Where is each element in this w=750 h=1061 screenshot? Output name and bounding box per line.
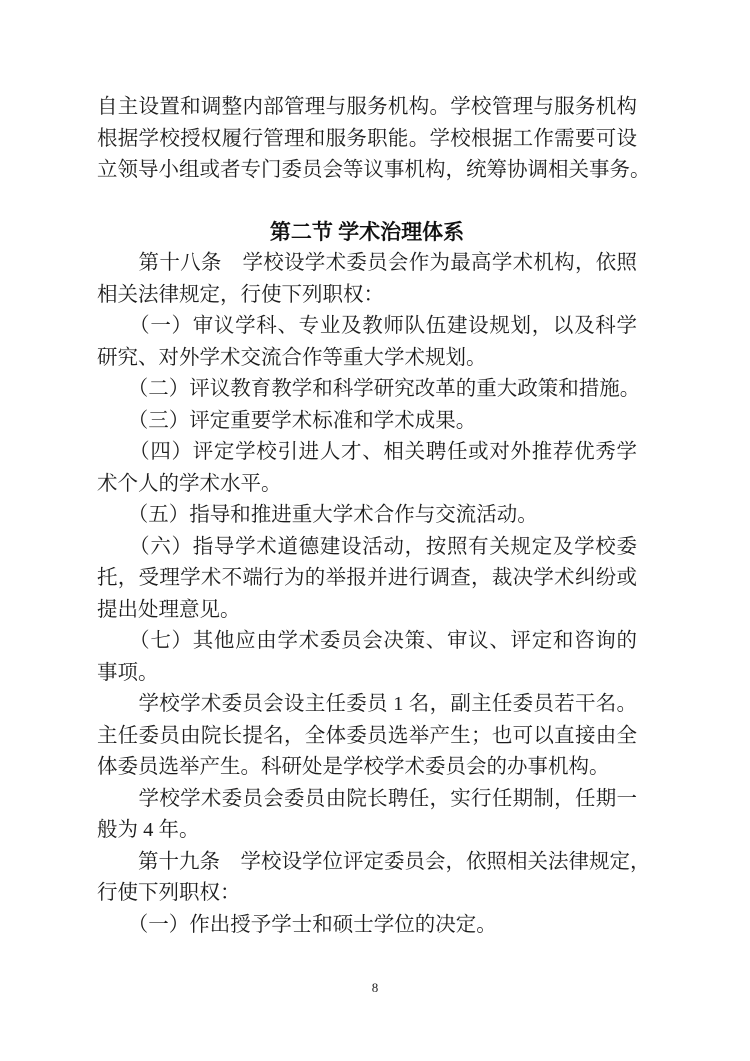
text-line: 事项。 [97, 658, 637, 690]
text-line: 主任委员由院长提名，全体委员选举产生；也可以直接由全 [97, 721, 637, 753]
article-18-item-6: （六）指导学术道德建设活动，按照有关规定及学校委托，受理学术不端行为的举报并进行… [97, 532, 637, 627]
text-line: 自主设置和调整内部管理与服务机构。学校管理与服务机构 [97, 92, 637, 124]
page-number: 8 [0, 979, 750, 997]
section-heading: 第二节 学术治理体系 [97, 217, 637, 249]
text-line: （一）作出授予学士和硕士学位的决定。 [97, 910, 637, 942]
text-line: 学校学术委员会设主任委员 1 名，副主任委员若干名。 [97, 689, 637, 721]
text-line: 第十八条 学校设学术委员会作为最高学术机构，依照 [97, 248, 637, 280]
text-line: 行使下列职权： [97, 878, 637, 910]
text-line: 相关法律规定，行使下列职权： [97, 280, 637, 312]
article-18-item-7: （七）其他应由学术委员会决策、审议、评定和咨询的事项。 [97, 626, 637, 689]
article-18-item-1: （一）审议学科、专业及教师队伍建设规划，以及科学研究、对外学术交流合作等重大学术… [97, 311, 637, 374]
text-line: （四）评定学校引进人才、相关聘任或对外推荐优秀学 [97, 437, 637, 469]
text-line: 般为 4 年。 [97, 815, 637, 847]
article-18-item-3: （三）评定重要学术标准和学术成果。 [97, 406, 637, 438]
para-committee-composition: 学校学术委员会设主任委员 1 名，副主任委员若干名。主任委员由院长提名，全体委员… [97, 689, 637, 784]
text-line: 体委员选举产生。科研处是学校学术委员会的办事机构。 [97, 752, 637, 784]
article-18: 第十八条 学校设学术委员会作为最高学术机构，依照相关法律规定，行使下列职权： [97, 248, 637, 311]
text-line: 根据学校授权履行管理和服务职能。学校根据工作需要可设 [97, 124, 637, 156]
article-18-item-5: （五）指导和推进重大学术合作与交流活动。 [97, 500, 637, 532]
article-19: 第十九条 学校设学位评定委员会，依照相关法律规定，行使下列职权： [97, 847, 637, 910]
document-body: 自主设置和调整内部管理与服务机构。学校管理与服务机构根据学校授权履行管理和服务职… [97, 92, 637, 941]
text-line: 研究、对外学术交流合作等重大学术规划。 [97, 343, 637, 375]
text-line: （二）评议教育教学和科学研究改革的重大政策和措施。 [97, 374, 637, 406]
text-line: （七）其他应由学术委员会决策、审议、评定和咨询的 [97, 626, 637, 658]
text-line: （五）指导和推进重大学术合作与交流活动。 [97, 500, 637, 532]
text-line: 学校学术委员会委员由院长聘任，实行任期制，任期一 [97, 784, 637, 816]
text-line: （三）评定重要学术标准和学术成果。 [97, 406, 637, 438]
text-line: （六）指导学术道德建设活动，按照有关规定及学校委 [97, 532, 637, 564]
text-line: 托，受理学术不端行为的举报并进行调查，裁决学术纠纷或 [97, 563, 637, 595]
text-line: 立领导小组或者专门委员会等议事机构，统筹协调相关事务。 [97, 155, 637, 187]
article-18-item-4: （四）评定学校引进人才、相关聘任或对外推荐优秀学术个人的学术水平。 [97, 437, 637, 500]
text-line: 第十九条 学校设学位评定委员会，依照相关法律规定， [97, 847, 637, 879]
text-line: 术个人的学术水平。 [97, 469, 637, 501]
text-line: 提出处理意见。 [97, 595, 637, 627]
article-18-item-2: （二）评议教育教学和科学研究改革的重大政策和措施。 [97, 374, 637, 406]
para-committee-term: 学校学术委员会委员由院长聘任，实行任期制，任期一般为 4 年。 [97, 784, 637, 847]
text-line: （一）审议学科、专业及教师队伍建设规划，以及科学 [97, 311, 637, 343]
article-19-item-1: （一）作出授予学士和硕士学位的决定。 [97, 910, 637, 942]
para-continuation: 自主设置和调整内部管理与服务机构。学校管理与服务机构根据学校授权履行管理和服务职… [97, 92, 637, 187]
